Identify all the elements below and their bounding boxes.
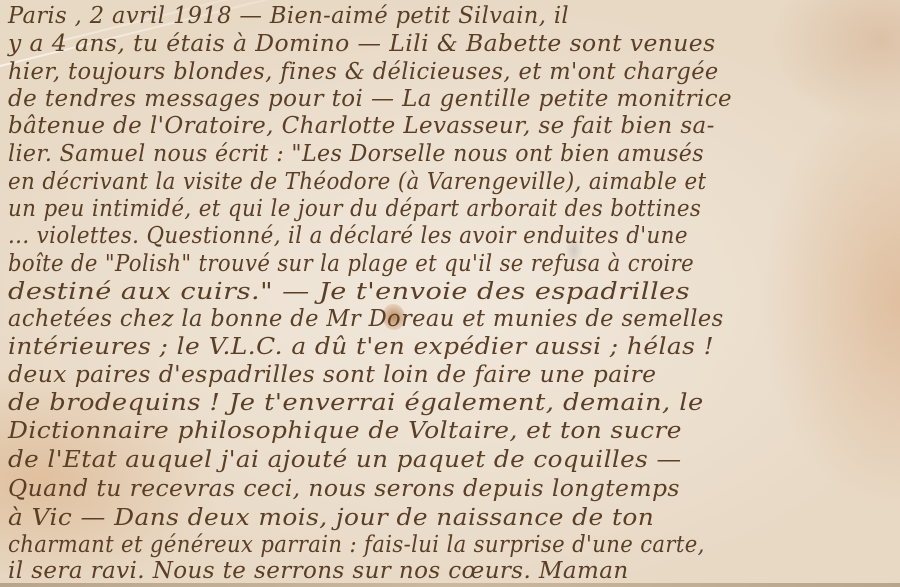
letter-line: Quand tu recevras ceci, nous serons depu… (8, 475, 900, 503)
letter-line: de brodequins ! Je t'enverrai également,… (8, 389, 900, 417)
letter-line: en décrivant la visite de Théodore (à Va… (8, 168, 838, 196)
letter-line: Dictionnaire philosophique de Voltaire, … (8, 417, 900, 445)
letter-line: il sera ravi. Nous te serrons sur nos cœ… (8, 557, 900, 585)
letter-line: de tendres messages pour toi — La gentil… (8, 85, 900, 113)
letter-line: achetées chez la bonne de Mr Doreau et m… (8, 305, 882, 333)
letter-line: deux paires d'espadrilles sont loin de f… (8, 361, 900, 389)
letter-line: charmant et généreux parrain : fais-lui … (8, 531, 829, 559)
letter-line: hier, toujours blondes, fines & délicieu… (8, 58, 882, 86)
letter-line: ... violettes. Questionné, il a déclaré … (8, 222, 838, 250)
letter-line: destiné aux cuirs." — Je t'envoie des es… (8, 278, 900, 306)
letter-line: un peu intimidé, et qui le jour du dépar… (8, 195, 838, 223)
letter-line: de l'Etat auquel j'ai ajouté un paquet d… (8, 446, 900, 474)
letter-line: bâtenue de l'Oratoire, Charlotte Levasse… (8, 112, 900, 140)
letter-line: boîte de "Polish" trouvé sur la plage et… (8, 250, 829, 278)
letter-line: lier. Samuel nous écrit : "Les Dorselle … (8, 140, 864, 168)
paper-edge (0, 583, 900, 587)
letter-line: à Vic — Dans deux mois, jour de naissanc… (8, 504, 900, 532)
letter-body: Paris , 2 avril 1918 — Bien-aimé petit S… (0, 0, 900, 587)
letter-line: Paris , 2 avril 1918 — Bien-aimé petit S… (8, 2, 882, 30)
letter-line: intérieures ; le V.L.C. a dû t'en expédi… (8, 333, 900, 361)
letter-line: y a 4 ans, tu étais à Domino — Lili & Ba… (8, 30, 900, 58)
handwritten-letter: Paris , 2 avril 1918 — Bien-aimé petit S… (0, 0, 900, 587)
